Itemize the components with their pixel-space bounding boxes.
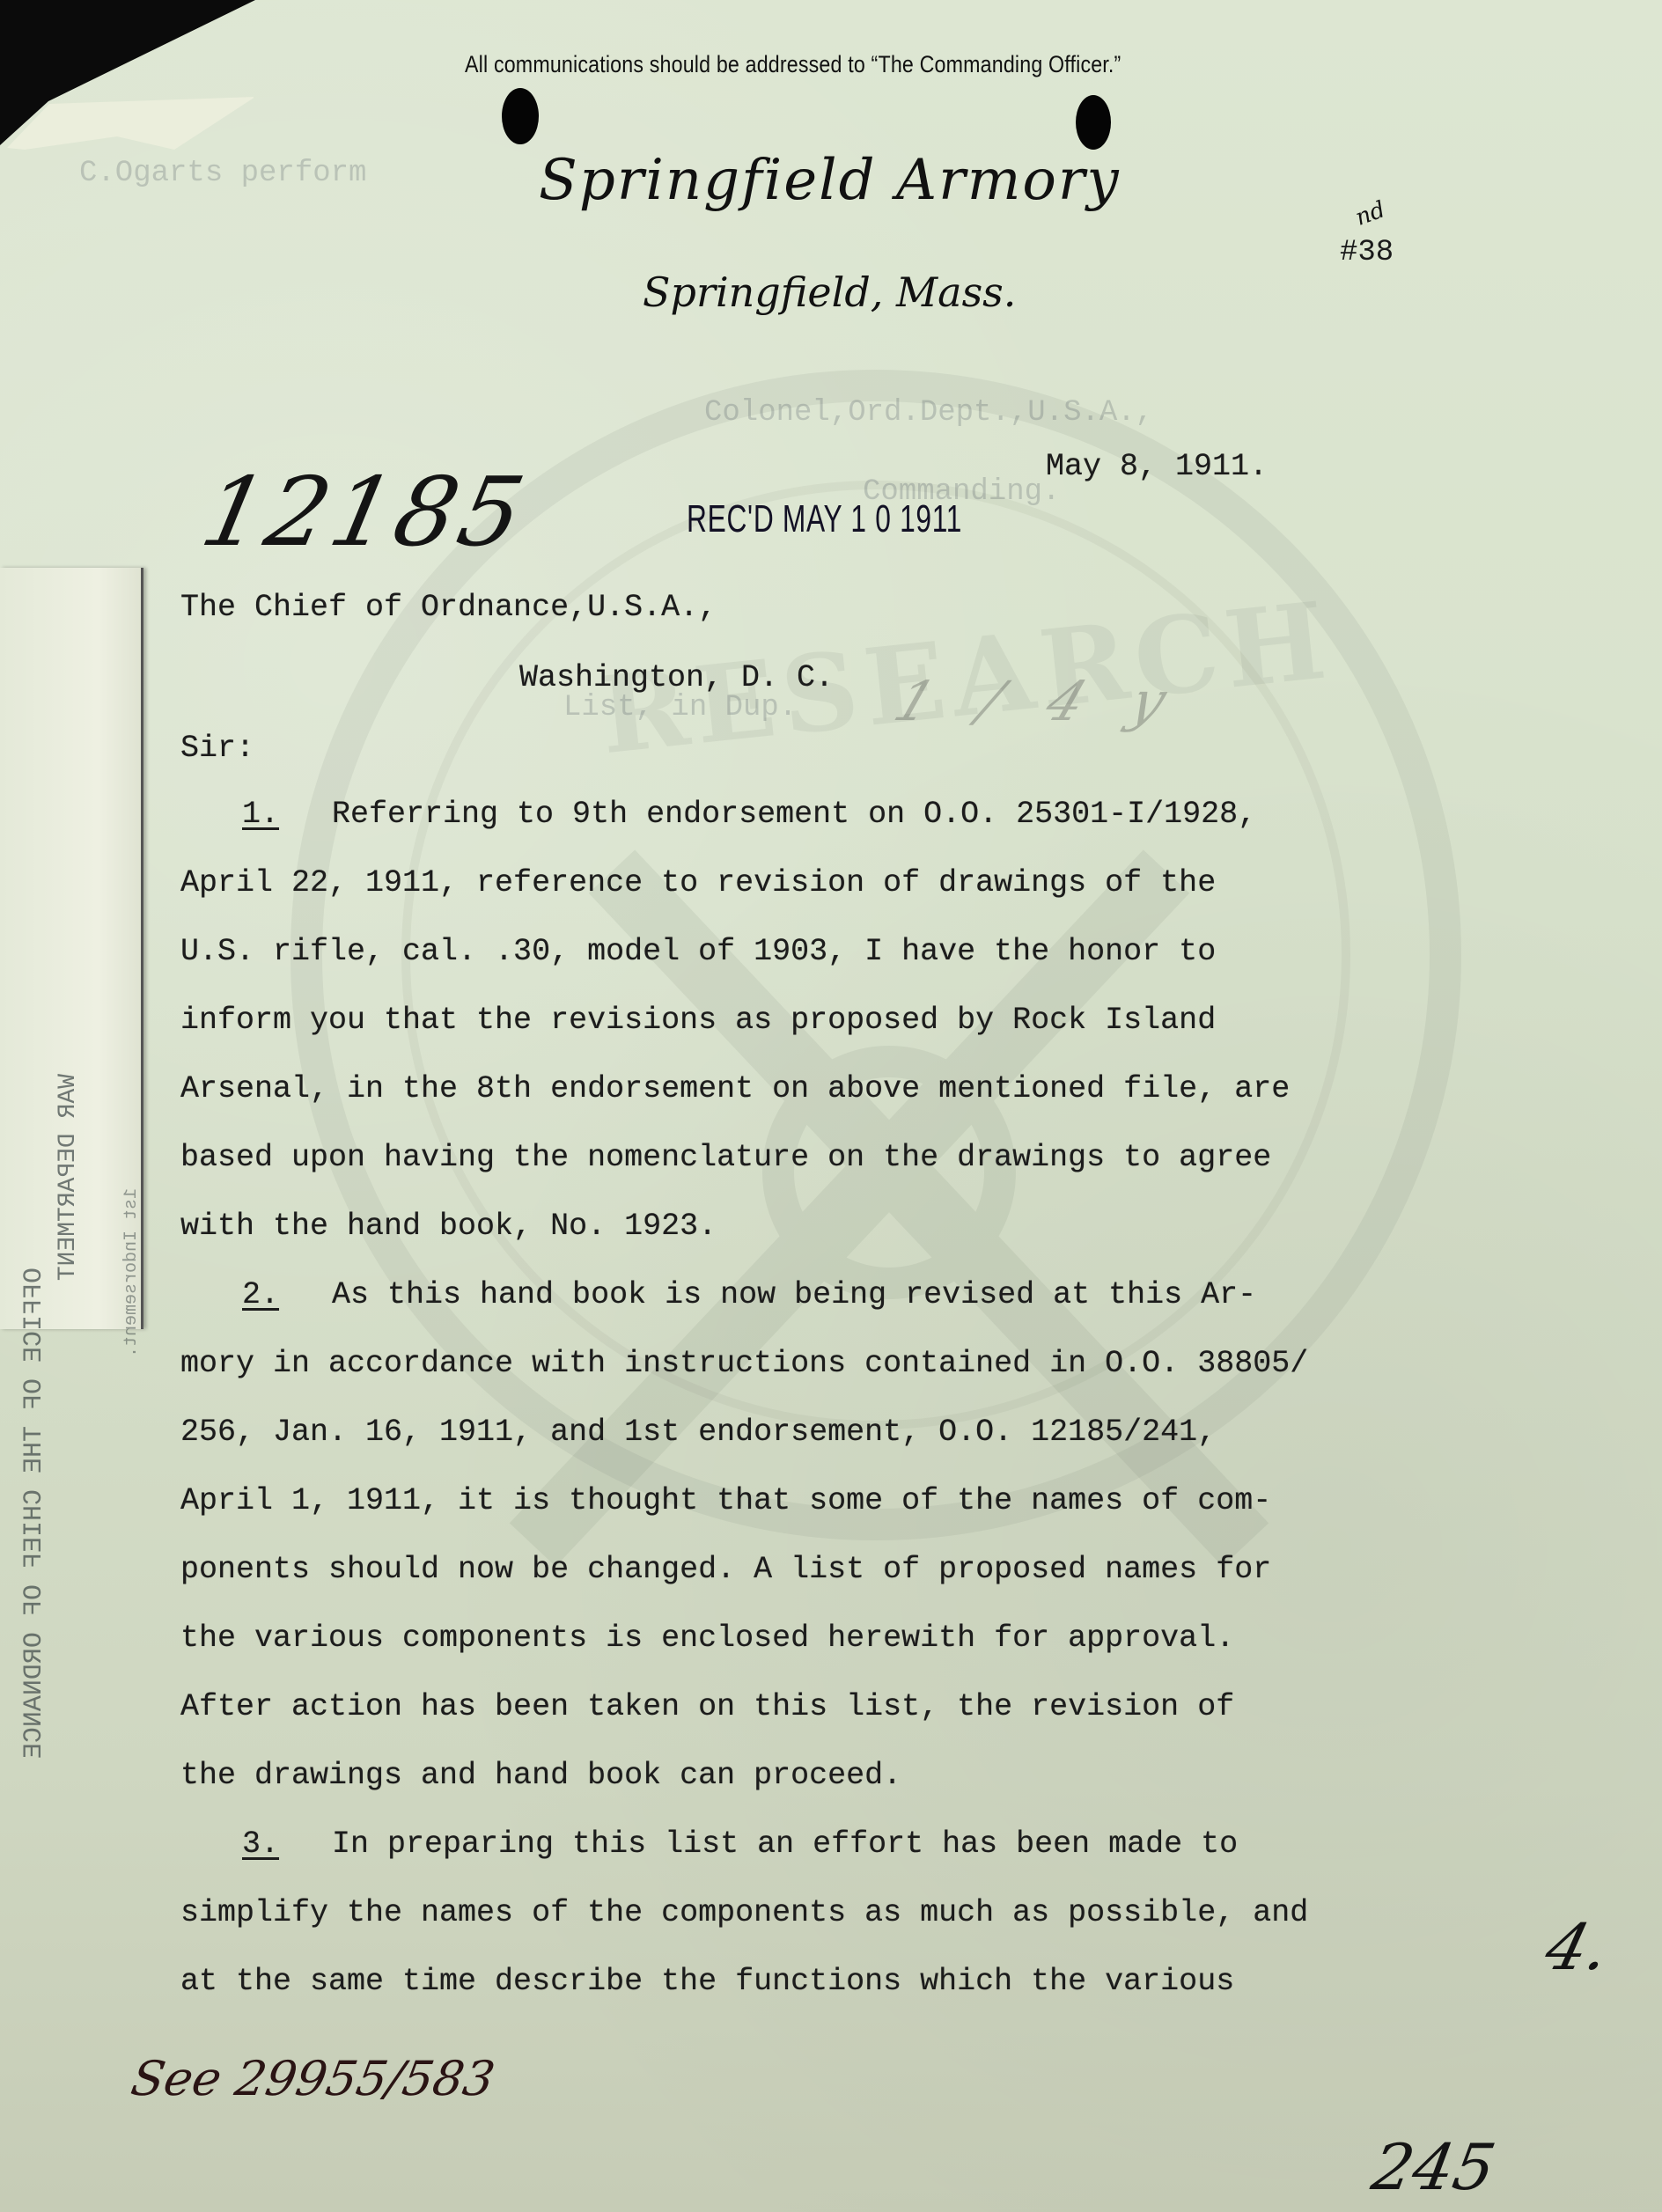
paragraph-number: 2. xyxy=(242,1277,279,1312)
paragraph-2-first-line: 2.As this hand book is now being revised… xyxy=(180,1277,1256,1312)
paragraph-line: the drawings and hand book can proceed. xyxy=(180,1758,901,1793)
addressee-line-1: The Chief of Ordnance,U.S.A., xyxy=(180,590,717,625)
punch-hole-right xyxy=(1076,95,1111,150)
handwritten-file-id: 12185 xyxy=(193,458,536,568)
paragraph-number: 3. xyxy=(242,1826,279,1862)
letter-page: RESEARCH C.Ogarts perform Colonel,Ord.De… xyxy=(0,0,1662,2212)
folded-corner xyxy=(7,97,254,158)
file-number-mark: nd xyxy=(1352,196,1389,231)
paragraph-number: 1. xyxy=(242,797,279,832)
letter-date: May 8, 1911. xyxy=(1046,449,1268,484)
paragraph-line: 256, Jan. 16, 1911, and 1st endorsement,… xyxy=(180,1415,1216,1450)
footer-cross-reference: See 29955/583 xyxy=(127,2051,498,2106)
bleed-through-line: Colonel,Ord.Dept.,U.S.A., xyxy=(704,396,1153,430)
bleed-through-line: C.Ogarts perform xyxy=(79,157,366,190)
paragraph-line: April 1, 1911, it is thought that some o… xyxy=(180,1483,1271,1518)
paragraph-line: based upon having the nomenclature on th… xyxy=(180,1140,1271,1175)
paragraph-text: As this hand book is now being revised a… xyxy=(332,1277,1256,1312)
paragraph-line: After action has been taken on this list… xyxy=(180,1689,1234,1724)
paragraph-1-first-line: 1.Referring to 9th endorsement on O.O. 2… xyxy=(180,797,1256,832)
pencil-annotation: 1 / 4 y xyxy=(886,669,1192,733)
paragraph-line: the various components is enclosed herew… xyxy=(180,1620,1234,1656)
paragraph-line: mory in accordance with instructions con… xyxy=(180,1346,1308,1381)
letterhead-location: Springfield, Mass. xyxy=(643,268,1016,316)
paragraph-line: simplify the names of the components as … xyxy=(180,1895,1308,1930)
paragraph-line: Arsenal, in the 8th endorsement on above… xyxy=(180,1071,1290,1106)
paragraph-line: inform you that the revisions as propose… xyxy=(180,1003,1216,1038)
routing-slip-indorsement-line: 1st Indorsement. xyxy=(121,1188,142,1357)
paragraph-3-first-line: 3.In preparing this list an effort has b… xyxy=(180,1826,1238,1862)
crossed-cannons-watermark-icon xyxy=(493,792,1285,1584)
paragraph-line: with the hand book, No. 1923. xyxy=(180,1209,717,1244)
paragraph-line: ponents should now be changed. A list of… xyxy=(180,1552,1271,1587)
file-number: #38 xyxy=(1340,236,1394,269)
letterhead-notice: All communications should be addressed t… xyxy=(465,51,1121,78)
punch-hole-left xyxy=(502,88,539,144)
bleed-through-line: List, in Dup. xyxy=(563,691,797,724)
paragraph-line: at the same time describe the functions … xyxy=(180,1964,1234,1999)
paragraph-line: U.S. rifle, cal. .30, model of 1903, I h… xyxy=(180,934,1216,969)
salutation: Sir: xyxy=(180,731,254,766)
margin-handwritten-mark: 4. xyxy=(1539,1910,1618,1984)
paragraph-line: April 22, 1911, reference to revision of… xyxy=(180,865,1216,900)
paragraph-text: Referring to 9th endorsement on O.O. 253… xyxy=(332,797,1256,832)
letterhead-institution: Springfield Armory xyxy=(539,148,1121,213)
routing-slip-department-line: WAR DEPARTMENT xyxy=(55,1074,82,1281)
received-date-stamp: REC'D MAY 1 0 1911 xyxy=(687,497,962,541)
addressee-line-2: Washington, D. C. xyxy=(519,660,834,695)
footer-page-number: 245 xyxy=(1367,2130,1501,2204)
routing-slip-office-line: OFFICE OF THE CHIEF OF ORDNANCE xyxy=(19,1268,49,1759)
paragraph-text: In preparing this list an effort has bee… xyxy=(332,1826,1238,1862)
